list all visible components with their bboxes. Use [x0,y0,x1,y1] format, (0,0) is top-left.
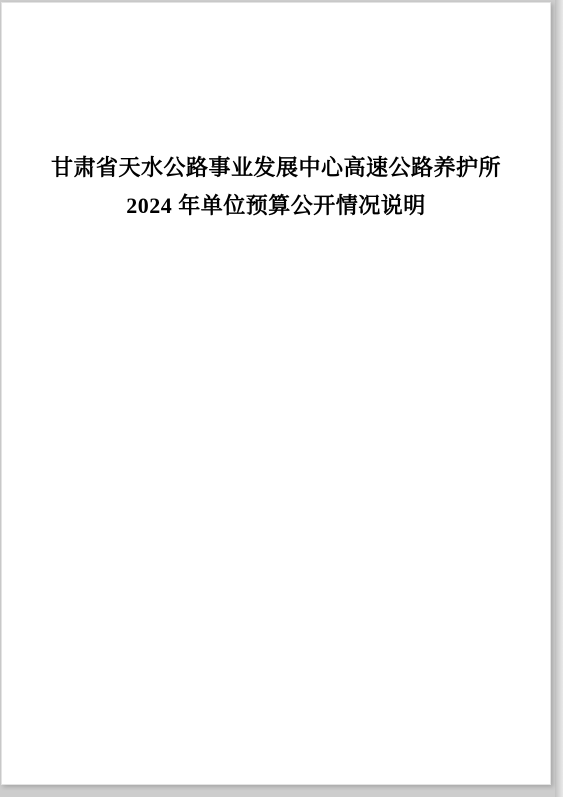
document-title: 甘肃省天水公路事业发展中心高速公路养护所 2024 年单位预算公开情况说明 [2,3,550,225]
document-title-line-1: 甘肃省天水公路事业发展中心高速公路养护所 [2,149,550,187]
document-title-line-2: 2024 年单位预算公开情况说明 [2,187,550,225]
document-page: 甘肃省天水公路事业发展中心高速公路养护所 2024 年单位预算公开情况说明 [1,2,551,785]
pdf-viewer-background: 甘肃省天水公路事业发展中心高速公路养护所 2024 年单位预算公开情况说明 [0,0,563,797]
